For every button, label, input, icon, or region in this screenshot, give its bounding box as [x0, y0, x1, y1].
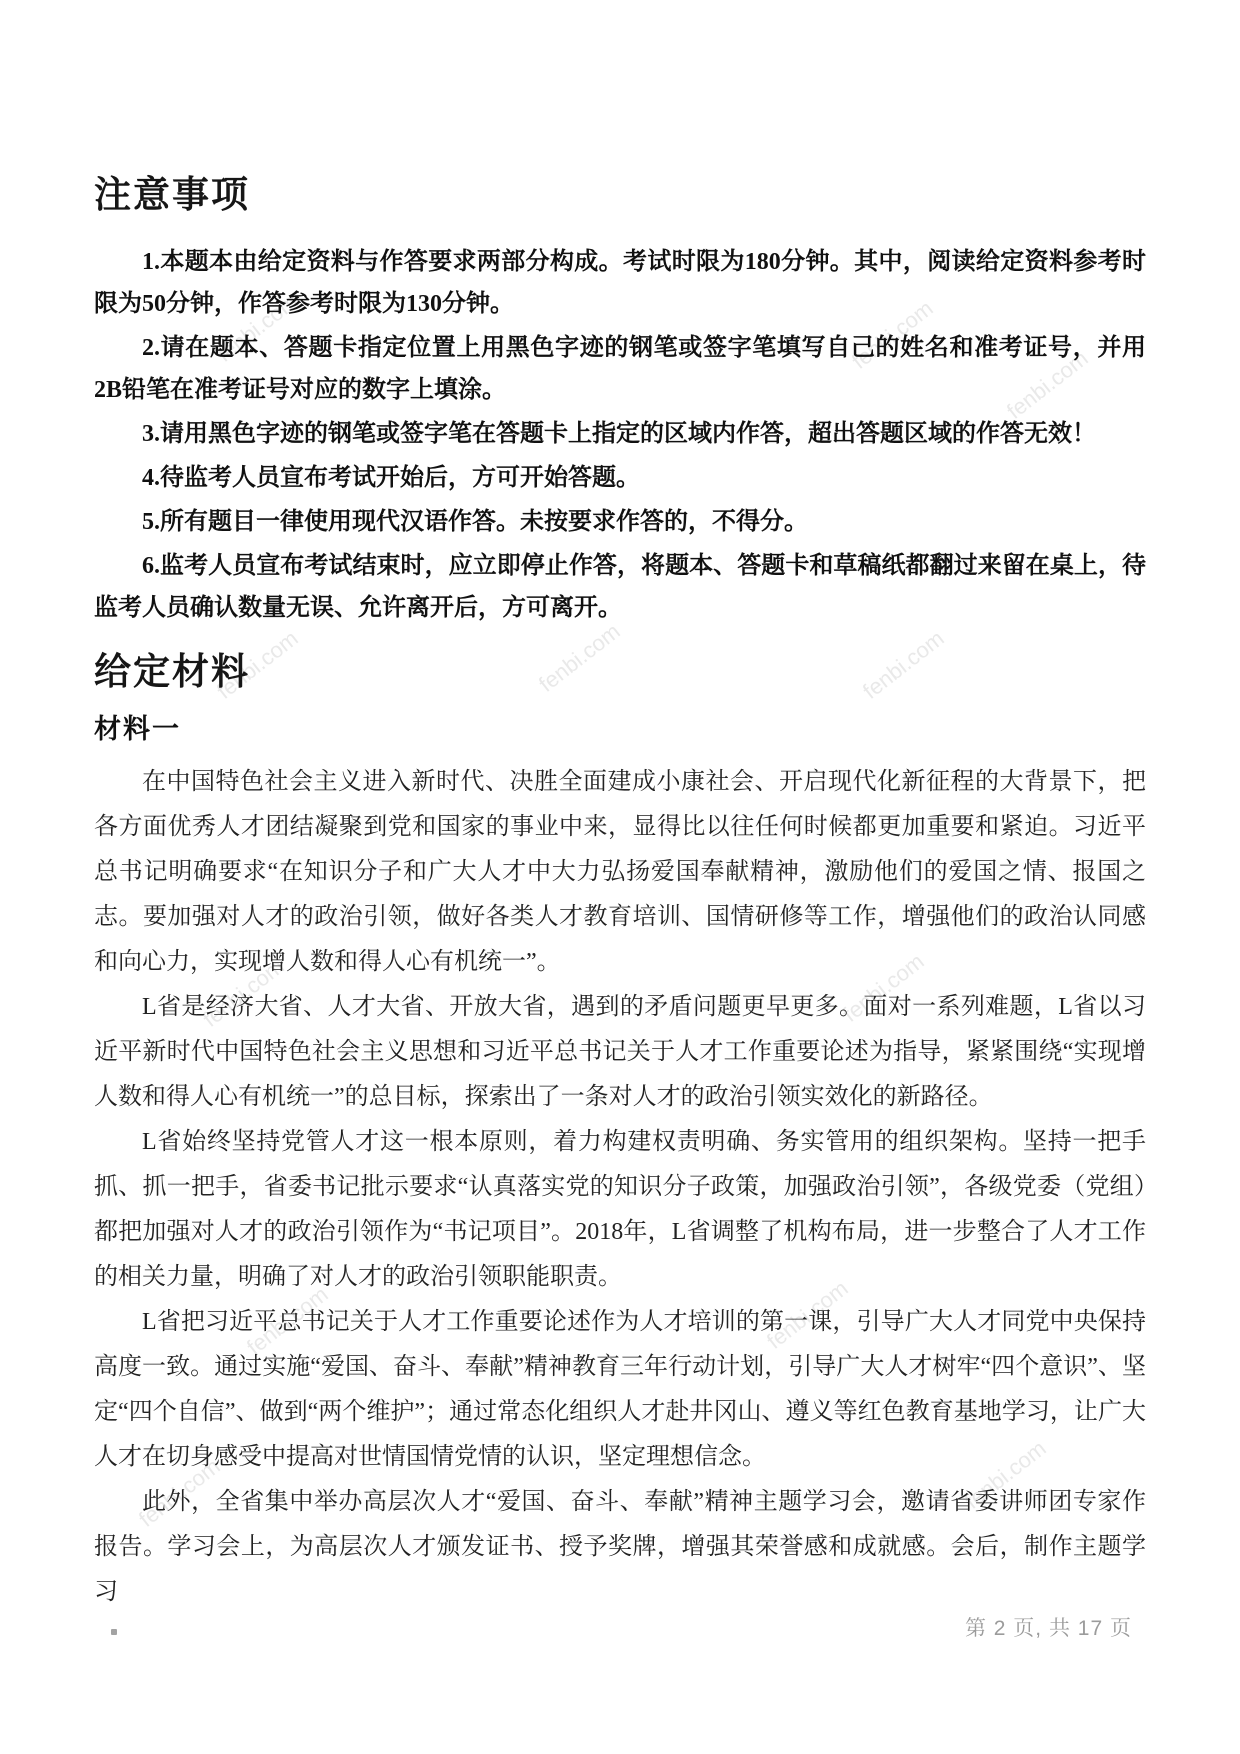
- notice-item-5: 5.所有题目一律使用现代汉语作答。未按要求作答的，不得分。: [94, 501, 1146, 543]
- document-page: 注意事项 1.本题本由给定资料与作答要求两部分构成。考试时限为180分钟。其中，…: [94, 0, 1146, 1615]
- material-section-label: 材料一: [94, 716, 1146, 743]
- material-paragraph-1: 在中国特色社会主义进入新时代、决胜全面建成小康社会、开启现代化新征程的大背景下，…: [94, 760, 1146, 985]
- notice-item-6: 6.监考人员宣布考试结束时，应立即停止作答，将题本、答题卡和草稿纸都翻过来留在桌…: [94, 545, 1146, 629]
- materials-title: 给定材料: [94, 653, 1146, 690]
- notice-list: 1.本题本由给定资料与作答要求两部分构成。考试时限为180分钟。其中，阅读给定资…: [94, 241, 1146, 629]
- notice-title: 注意事项: [94, 176, 1146, 213]
- notice-item-4: 4.待监考人员宣布考试开始后，方可开始答题。: [94, 457, 1146, 499]
- material-paragraph-5: 此外，全省集中举办高层次人才“爱国、奋斗、奉献”精神主题学习会，邀请省委讲师团专…: [94, 1480, 1146, 1615]
- page-number-label: 第 2 页, 共 17 页: [965, 1612, 1132, 1642]
- material-paragraph-3: L省始终坚持党管人才这一根本原则，着力构建权责明确、务实管用的组织架构。坚持一把…: [94, 1120, 1146, 1300]
- material-paragraph-4: L省把习近平总书记关于人才工作重要论述作为人才培训的第一课，引导广大人才同党中央…: [94, 1300, 1146, 1480]
- notice-item-3: 3.请用黑色字迹的钢笔或签字笔在答题卡上指定的区域内作答，超出答题区域的作答无效…: [94, 413, 1146, 455]
- footer-dot: [111, 1629, 117, 1635]
- material-paragraph-2: L省是经济大省、人才大省、开放大省，遇到的矛盾问题更早更多。面对一系列难题，L省…: [94, 985, 1146, 1120]
- notice-item-1: 1.本题本由给定资料与作答要求两部分构成。考试时限为180分钟。其中，阅读给定资…: [94, 241, 1146, 325]
- notice-item-2: 2.请在题本、答题卡指定位置上用黑色字迹的钢笔或签字笔填写自己的姓名和准考证号，…: [94, 327, 1146, 411]
- material-body: 在中国特色社会主义进入新时代、决胜全面建成小康社会、开启现代化新征程的大背景下，…: [94, 760, 1146, 1615]
